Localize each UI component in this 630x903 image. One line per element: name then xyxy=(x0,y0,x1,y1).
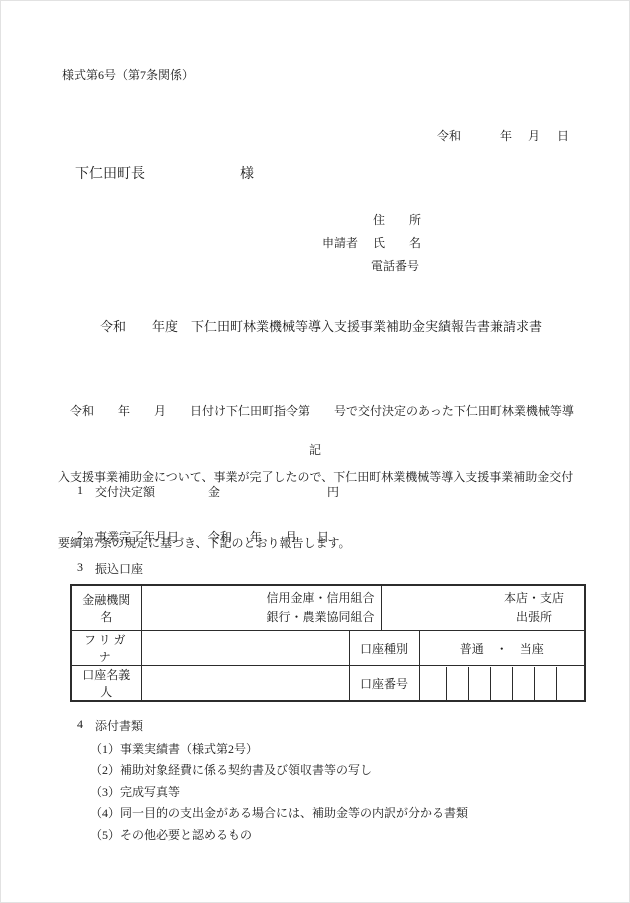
account-type-options[interactable]: 普通 ・ 当座 xyxy=(419,631,585,666)
account-number-label: 口座番号 xyxy=(349,666,419,702)
item4-label: 添付書類 xyxy=(95,717,143,734)
item1-amount-suffix: 円 xyxy=(327,483,339,500)
furigana-input-cell[interactable] xyxy=(141,631,349,666)
account-number-box[interactable] xyxy=(426,667,447,700)
account-number-box[interactable] xyxy=(446,667,468,700)
furigana-label: フリガナ xyxy=(71,631,141,666)
institution-types-line1: 信用金庫・信用組合 xyxy=(148,589,375,608)
account-type-label: 口座種別 xyxy=(349,631,419,666)
addressee-name: 下仁田町長 xyxy=(75,163,145,183)
body-line-1: 令和 年 月 日付け下仁田町指令第 号で交付決定のあった下仁田町林業機械等導 xyxy=(58,400,574,422)
holder-input-cell[interactable] xyxy=(141,666,349,702)
account-number-box[interactable] xyxy=(534,667,556,700)
account-number-box[interactable] xyxy=(556,667,578,700)
ki-separator: 記 xyxy=(0,441,630,458)
branch-line2: 出張所 xyxy=(504,608,564,627)
item1-amount-prefix: 金 xyxy=(208,483,220,500)
item1-number: 1 xyxy=(77,483,83,498)
addressee-honorific: 様 xyxy=(240,163,254,183)
item3-label: 振込口座 xyxy=(95,560,143,577)
attachment-item: （2）補助対象経費に係る契約書及び領収書等の写し xyxy=(90,761,372,778)
attachment-item: （1）事業実績書（様式第2号） xyxy=(90,740,258,757)
attachment-item: （4）同一目的の支出金がある場合には、補助金等の内訳が分かる書類 xyxy=(90,804,468,821)
item2-era-label: 令和 xyxy=(208,528,232,545)
attachment-item: （3）完成写真等 xyxy=(90,783,180,800)
item2-label: 事業完了年月日 xyxy=(95,528,179,545)
institution-label: 金融機関名 xyxy=(71,585,141,631)
branch-types-cell: 本店・支店 出張所 xyxy=(381,585,585,631)
holder-label: 口座名義人 xyxy=(71,666,141,702)
applicant-phone-label: 電話番号 xyxy=(371,257,419,274)
date-year-label: 年 xyxy=(500,127,512,144)
item3-number: 3 xyxy=(77,560,83,575)
item4-number: 4 xyxy=(77,717,83,732)
account-number-box[interactable] xyxy=(468,667,490,700)
applicant-name-label: 氏 名 xyxy=(373,234,421,251)
item2-month-label: 月 xyxy=(285,528,297,545)
applicant-label: 申請者 xyxy=(322,234,358,251)
applicant-address-label: 住 所 xyxy=(373,211,421,228)
item2-day-label: 日 xyxy=(317,528,329,545)
institution-types-cell: 信用金庫・信用組合 銀行・農業協同組合 xyxy=(141,585,381,631)
date-era-label: 令和 xyxy=(437,127,461,144)
bank-account-table: 金融機関名 信用金庫・信用組合 銀行・農業協同組合 本店・支店 出張所 フリガナ… xyxy=(70,584,584,702)
institution-types-line2: 銀行・農業協同組合 xyxy=(148,608,375,627)
date-month-label: 月 xyxy=(528,127,540,144)
item2-year-label: 年 xyxy=(250,528,262,545)
item2-number: 2 xyxy=(77,528,83,543)
document-page: 様式第6号（第7条関係） 令和 年 月 日 下仁田町長 様 申請者 住 所 氏 … xyxy=(0,0,630,903)
item1-label: 交付決定額 xyxy=(95,483,155,500)
account-number-box[interactable] xyxy=(512,667,534,700)
attachment-item: （5）その他必要と認めるもの xyxy=(90,826,252,843)
date-day-label: 日 xyxy=(557,127,569,144)
form-number: 様式第6号（第7条関係） xyxy=(62,66,194,83)
branch-line1: 本店・支店 xyxy=(504,589,564,608)
document-title: 令和 年度 下仁田町林業機械等導入支援事業補助金実績報告書兼請求書 xyxy=(100,316,542,335)
account-number-box[interactable] xyxy=(490,667,512,700)
account-number-cells xyxy=(419,666,585,702)
